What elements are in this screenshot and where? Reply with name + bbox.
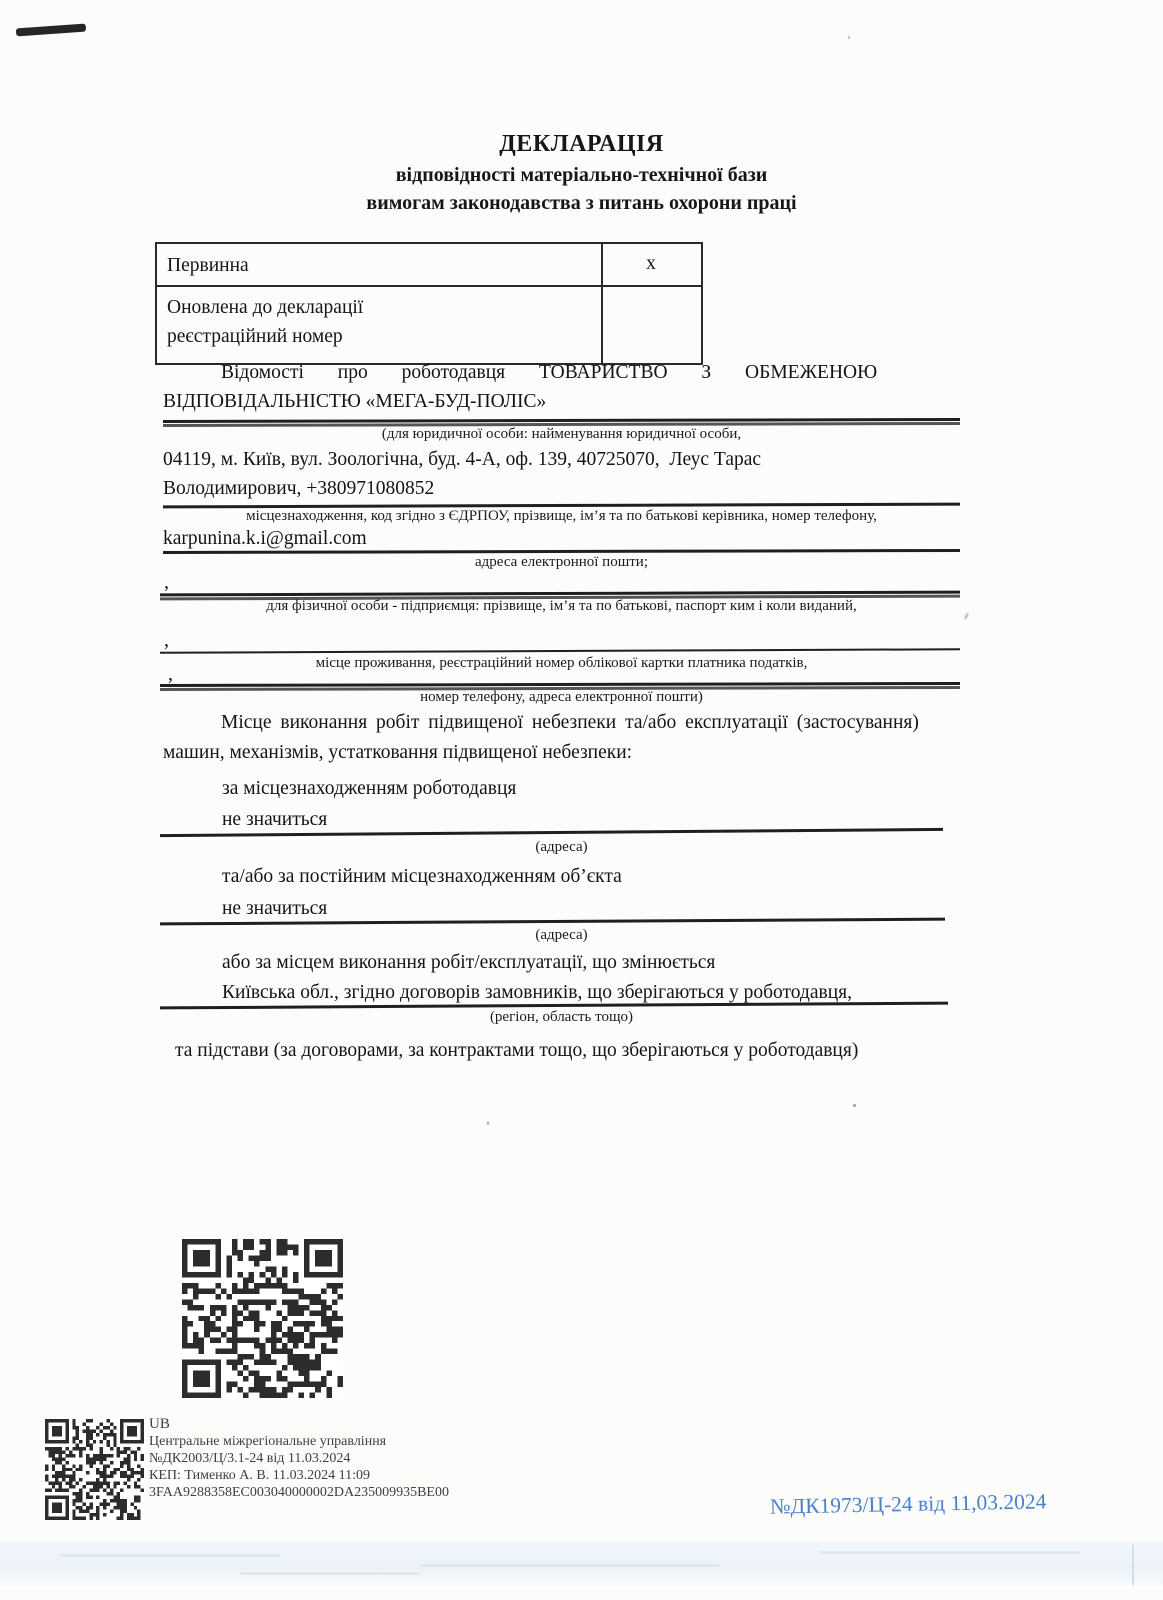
- caption-legal-entity: (для юридичної особи: найменування юриди…: [163, 426, 960, 443]
- caption-residence: місце проживання, реєстраційний номер об…: [163, 655, 960, 672]
- employer-info-line2: ВІДПОВІДАЛЬНІСТЮ «МЕГА-БУД-ПОЛІС»: [163, 391, 960, 413]
- employer-info-line1: Відомості про роботодавця ТОВАРИСТВО З О…: [163, 362, 960, 384]
- worksite-item2-value: не значиться: [222, 898, 327, 920]
- employer-address-line1: 04119, м. Київ, вул. Зоологічна, буд. 4-…: [163, 449, 761, 471]
- document-subtitle-1: відповідності матеріально-технічної бази: [0, 164, 1163, 187]
- scan-speck: [848, 36, 850, 39]
- type-row-primary-label: Первинна: [167, 255, 249, 277]
- scan-speck: [963, 612, 969, 621]
- worksite-item3-label: або за місцем виконання робіт/експлуатац…: [222, 952, 715, 974]
- scan-band-bottom: [0, 1542, 1163, 1588]
- registration-stamp: UB Центральне міжрегіональне управління …: [149, 1416, 449, 1501]
- stamp-line-authority: Центральне міжрегіональне управління: [149, 1433, 449, 1450]
- type-row-updated-label-line1: Оновлена до декларації: [167, 297, 363, 319]
- empty-field-comma: ,: [164, 571, 169, 594]
- form-line: [160, 682, 960, 687]
- employer-email: karpunina.k.i@gmail.com: [163, 528, 367, 550]
- type-row-primary-checkmark: х: [601, 253, 701, 275]
- document-title: ДЕКЛАРАЦІЯ: [0, 131, 1163, 158]
- caption-location-edrpou: місцезнаходження, код згідно з ЄДРПОУ, п…: [163, 508, 960, 525]
- stamp-line-kep: КЕП: Тименко А. В. 11.03.2024 11:09: [149, 1467, 449, 1484]
- caption-region: (регіон, область тощо): [163, 1009, 960, 1026]
- worksite-item3-value: Київська обл., згідно договорів замовник…: [222, 982, 852, 1004]
- document-subtitle-2: вимогам законодавства з питань охорони п…: [0, 192, 1163, 215]
- scan-edge-line: [1132, 1545, 1134, 1585]
- form-line: [160, 648, 960, 653]
- empty-field-comma: ,: [164, 629, 169, 652]
- caption-individual-entrepreneur: для фізичної особи - підприємця: прізвищ…: [163, 598, 960, 615]
- scanned-declaration-page: ДЕКЛАРАЦІЯ відповідності матеріально-тех…: [0, 0, 1163, 1600]
- worksite-item1-value: не значиться: [222, 809, 327, 831]
- worksite-basis-text: та підстави (за договорами, за контракта…: [175, 1040, 858, 1062]
- form-line: [163, 418, 960, 423]
- declaration-type-table: Первинна х Оновлена до декларації реєстр…: [155, 242, 703, 365]
- worksite-item2-label: та/або за постійним місцезнаходженням об…: [222, 866, 622, 888]
- worksite-paragraph-line2: машин, механізмів, устатковання підвищен…: [163, 742, 963, 764]
- employer-info-paragraph: Відомості про роботодавця ТОВАРИСТВО З О…: [163, 362, 960, 413]
- employer-address-line2: Володимирович, +380971080852: [163, 478, 434, 500]
- registration-number-footer: №ДК1973/Ц-24 від 11,03.2024: [770, 1489, 1047, 1519]
- scan-speck: [853, 1104, 856, 1107]
- type-row-updated-label-line2: реєстраційний номер: [167, 326, 343, 348]
- qr-code-large: [182, 1239, 343, 1398]
- caption-phone-email: номер телефону, адреса електронної пошти…: [163, 689, 960, 706]
- scan-speck: [487, 1121, 489, 1125]
- empty-field-comma: ,: [168, 663, 173, 686]
- caption-address-1: (адреса): [163, 839, 960, 856]
- stamp-line-ub: UB: [149, 1416, 449, 1433]
- caption-email: адреса електронної пошти;: [163, 554, 960, 571]
- qr-code-small: [45, 1419, 144, 1520]
- stamp-line-doc-number: №ДК2003/Ц/3.1-24 від 11.03.2024: [149, 1450, 449, 1467]
- scan-mark-top-left: [16, 24, 86, 37]
- stamp-line-hash: 3FAA9288358EC003040000002DA235009935BE00: [149, 1484, 449, 1501]
- form-line: [160, 591, 960, 597]
- worksite-paragraph-line1: Місце виконання робіт підвищеної небезпе…: [163, 712, 963, 734]
- worksite-paragraph: Місце виконання робіт підвищеної небезпе…: [163, 712, 963, 764]
- caption-address-2: (адреса): [163, 927, 960, 944]
- worksite-item1-label: за місцезнаходженням роботодавця: [222, 778, 516, 800]
